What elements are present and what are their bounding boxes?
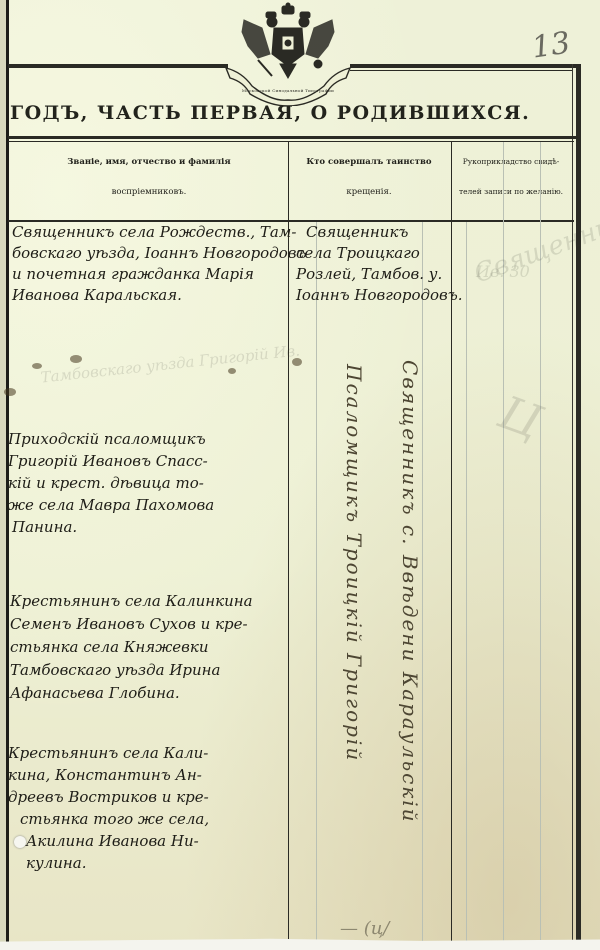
- bleed-through-text-2: Ив. 30: [476, 262, 530, 281]
- ink-stain: [292, 358, 302, 366]
- entry-4-godparents-line-3: дреевъ Востриков и кре-: [8, 786, 209, 808]
- emblem-ribbon-caption: Московской Синодальной Типографии: [240, 88, 336, 93]
- top-rule-right: [350, 64, 581, 68]
- page-right-border: [576, 64, 581, 950]
- entry-1-officiant-line-1: Священникъ: [296, 222, 463, 243]
- entry-1-godparents: Священникъ села Рождеств., Там- бовскаго…: [12, 222, 306, 306]
- entry-3-godparents-line-1: Крестьянинъ села Калинкина: [10, 590, 253, 613]
- entry-1-godparents-line-2: бовскаго уѣзда, Іоаннъ Новгородовъ: [12, 243, 306, 264]
- entry-4-godparents-line-4: стьянка того же села,: [8, 808, 209, 830]
- entry-4-godparents-line-6: кулина.: [8, 852, 209, 874]
- column-header-godparents-line1: Званіе, имя, отчество и фамилія: [67, 157, 230, 167]
- vertical-officiant-note-right: Священникъ с. Ввѣдени Караульскій: [398, 360, 422, 880]
- entry-2-godparents: Приходскій псаломщикъ Григорій Ивановъ С…: [8, 428, 214, 538]
- column-header-godparents: Званіе, имя, отчество и фамилія воспріем…: [10, 150, 288, 204]
- punched-hole: [14, 836, 26, 848]
- top-rule-inner: [350, 70, 572, 71]
- entry-4-godparents-line-1: Крестьянинъ села Кали-: [8, 742, 209, 764]
- column-header-signatures-line2: телей записи по желанію.: [450, 180, 572, 204]
- column-header-officiant-line1: Кто совершалъ таинство: [306, 157, 431, 167]
- title-bottom-rule-2: [8, 141, 574, 142]
- entry-2-godparents-line-3: кій и крест. дѣвица то-: [8, 472, 214, 494]
- entry-2-godparents-line-2: Григорій Ивановъ Спасс-: [8, 450, 214, 472]
- page-number: 13: [530, 26, 573, 66]
- entry-1-godparents-line-1: Священникъ села Рождеств., Там-: [12, 222, 306, 243]
- ink-stain: [4, 388, 16, 396]
- column-header-godparents-line2: воспріемниковъ.: [10, 180, 288, 204]
- faint-ruling-2: [422, 222, 423, 950]
- entry-4-godparents: Крестьянинъ села Кали- кина, Константинъ…: [8, 742, 209, 874]
- entry-3-godparents-line-4: Тамбовскаго уѣзда Ирина: [10, 659, 253, 682]
- page-title: ГОДЪ, ЧАСТЬ ПЕРВАЯ, О РОДИВШИХСЯ.: [10, 102, 570, 124]
- entry-1-godparents-line-4: Иванова Каральская.: [12, 285, 306, 306]
- top-rule-left: [8, 64, 228, 68]
- column-header-signatures: Рукоприкладство свидѣ- телей записи по ж…: [450, 150, 572, 204]
- faint-ruling-1: [316, 222, 317, 950]
- bottom-partial-handwriting: — (ц/: [340, 918, 389, 939]
- column-header-officiant: Кто совершалъ таинство крещенія.: [290, 150, 448, 204]
- column-header-officiant-line2: крещенія.: [290, 180, 448, 204]
- entry-1-godparents-line-3: и почетная гражданка Марія: [12, 264, 306, 285]
- entry-3-godparents: Крестьянинъ села Калинкина Семенъ Иванов…: [10, 590, 253, 705]
- vertical-officiant-note-left: Псаломщикъ Троицкій Григорій: [342, 364, 366, 834]
- entry-3-godparents-line-2: Семенъ Ивановъ Сухов и кре-: [10, 613, 253, 636]
- entry-2-godparents-line-4: же села Мавра Пахомова: [8, 494, 214, 516]
- entry-1-officiant: Священникъ села Троицкаго Розлей, Тамбов…: [296, 222, 463, 306]
- entry-1-officiant-line-3: Розлей, Тамбов. у.: [296, 264, 463, 285]
- entry-1-officiant-line-2: села Троицкаго: [296, 243, 463, 264]
- entry-4-godparents-line-2: кина, Константинъ Ан-: [8, 764, 209, 786]
- faint-ruling-3: [466, 222, 467, 950]
- entry-3-godparents-line-5: Афанасьева Глобина.: [10, 682, 253, 705]
- entry-2-godparents-line-5: Панина.: [8, 516, 214, 538]
- page-right-border-inner: [572, 64, 573, 950]
- entry-1-officiant-line-4: Іоаннъ Новгородовъ.: [296, 285, 463, 306]
- column-header-signatures-line1: Рукоприкладство свидѣ-: [450, 150, 572, 174]
- ink-stain: [228, 368, 236, 374]
- ink-stain: [32, 363, 42, 369]
- entry-3-godparents-line-3: стьянка села Княжевки: [10, 636, 253, 659]
- entry-2-godparents-line-1: Приходскій псаломщикъ: [8, 428, 214, 450]
- ink-stain: [70, 355, 82, 363]
- entry-4-godparents-line-5: Акилина Иванова Ни-: [8, 830, 209, 852]
- title-bottom-rule: [8, 136, 578, 139]
